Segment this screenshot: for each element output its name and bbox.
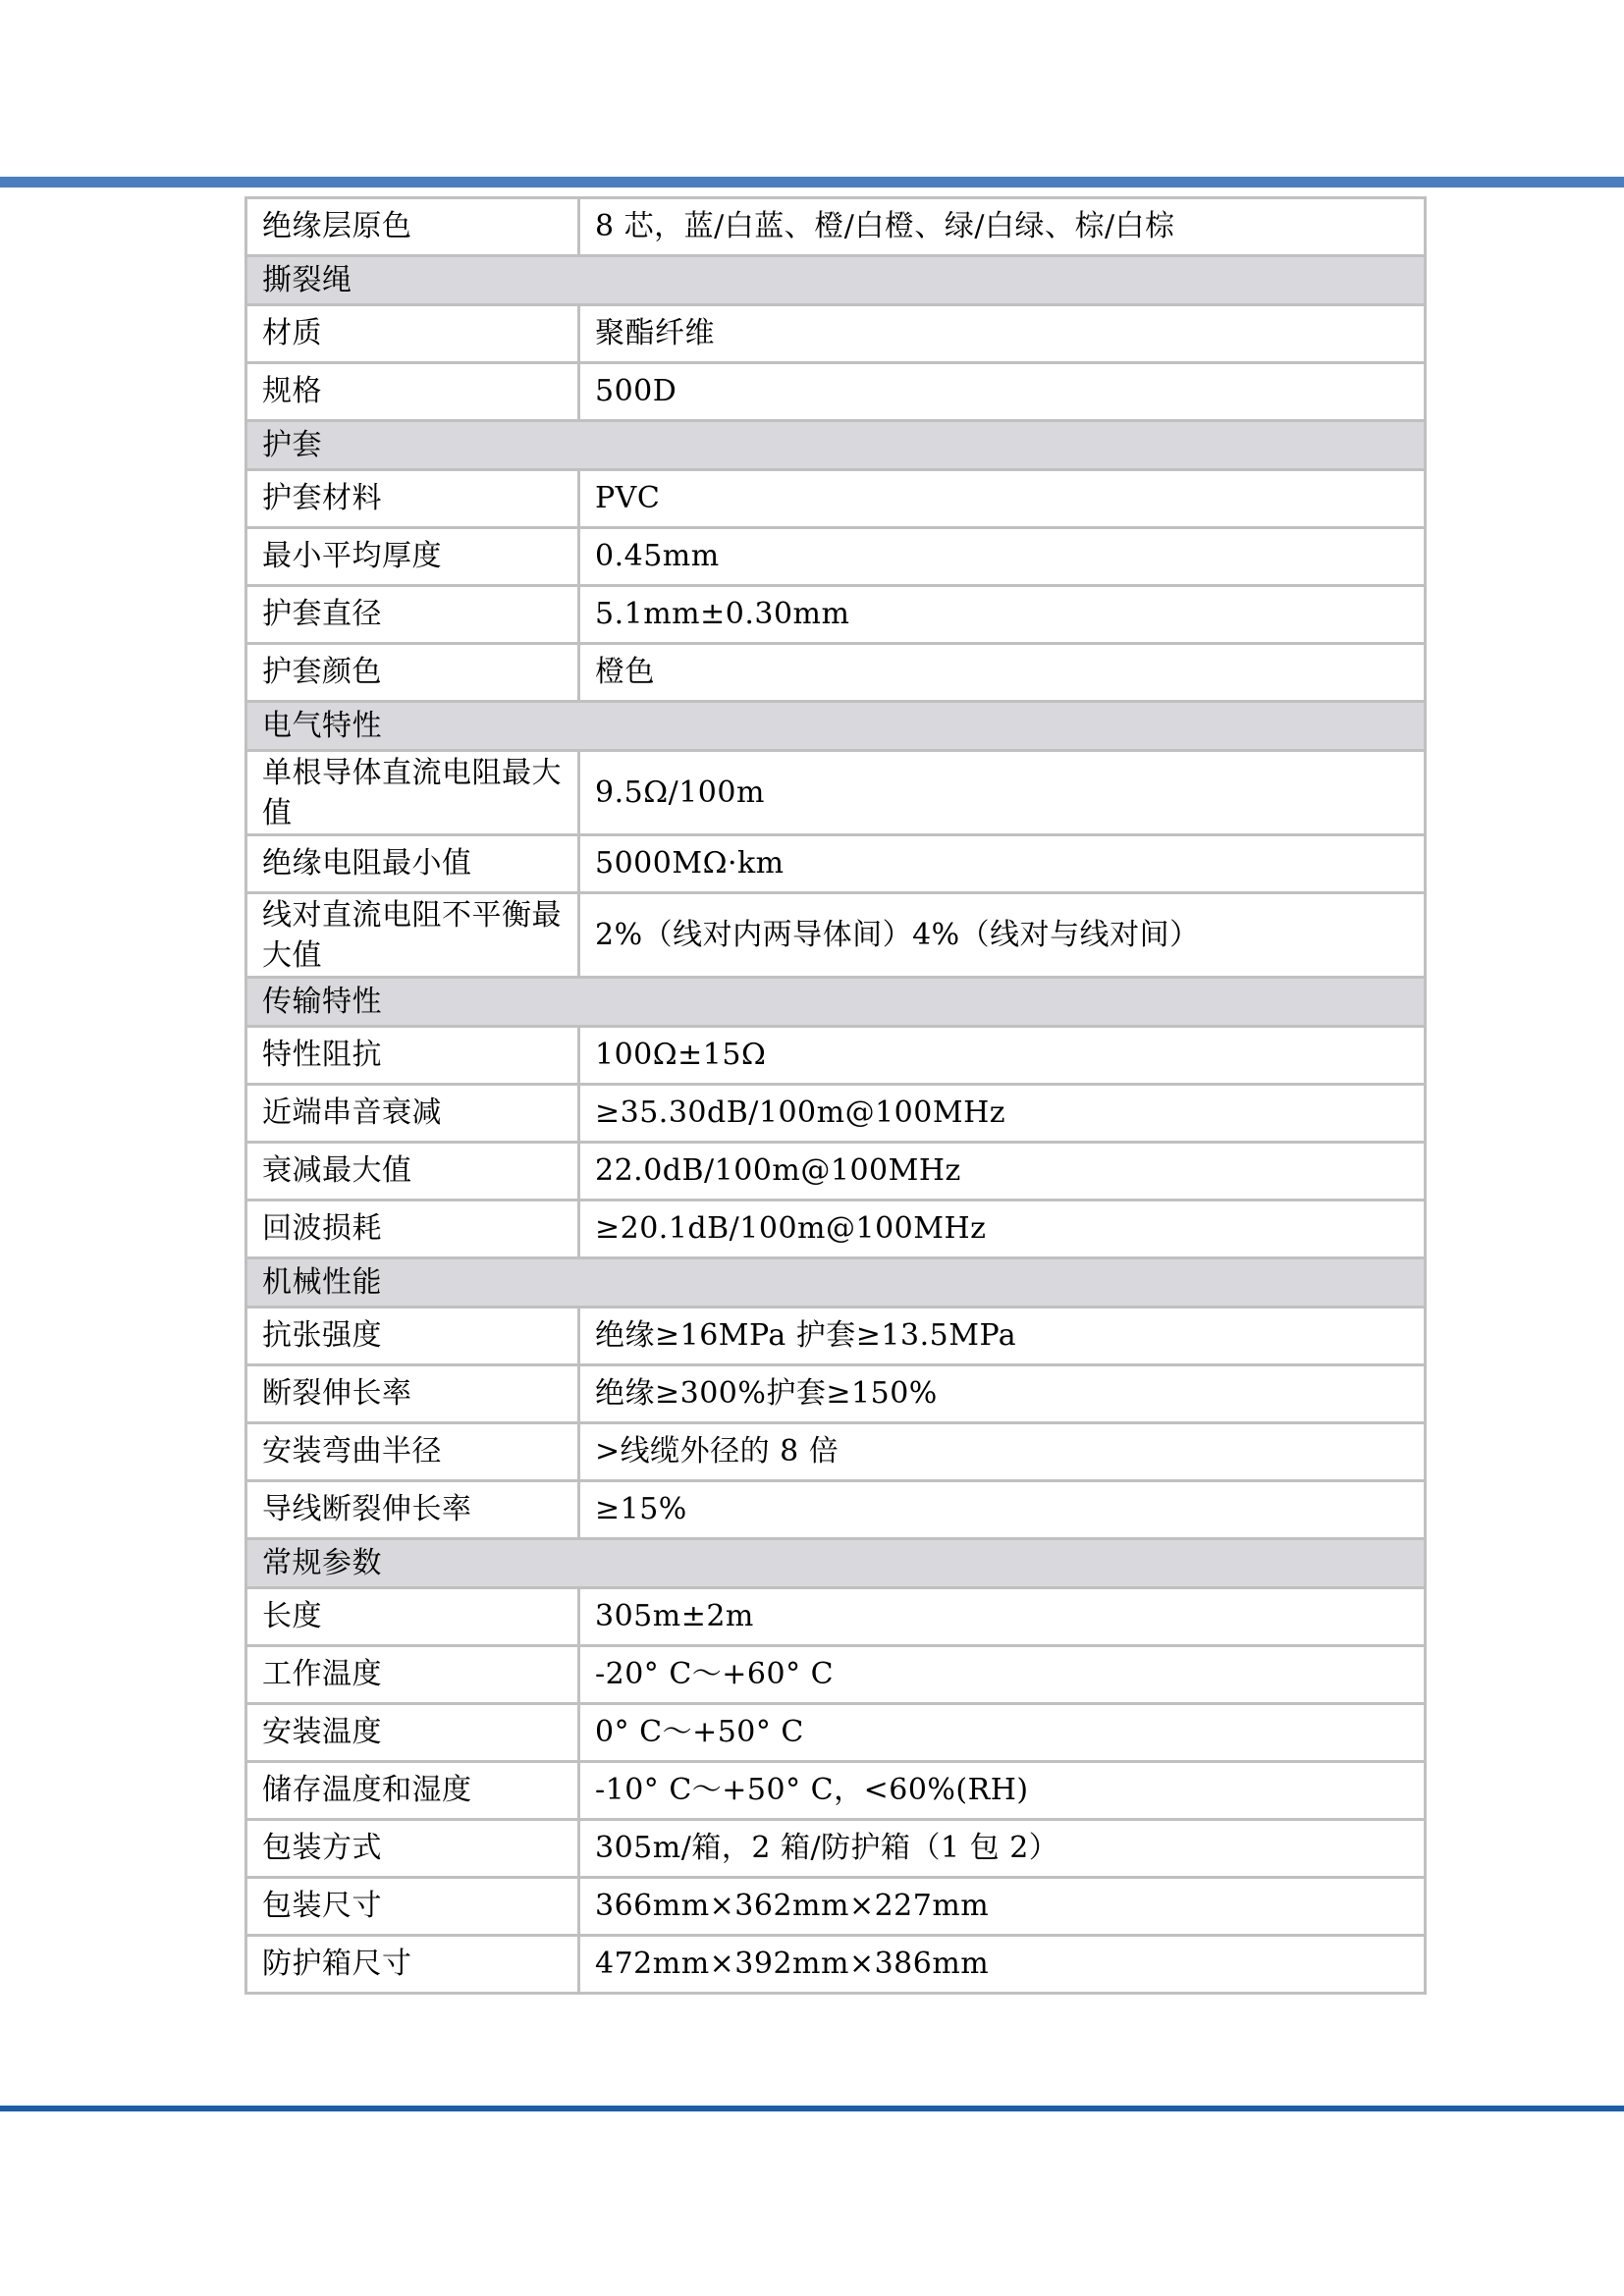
section-header-row: 常规参数 [246, 1539, 1426, 1588]
spec-label: 绝缘层原色 [246, 198, 579, 256]
spec-value: PVC [579, 470, 1426, 528]
spec-row: 长度305m±2m [246, 1588, 1426, 1646]
spec-label: 单根导体直流电阻最大值 [246, 751, 579, 835]
spec-value: 绝缘≥16MPa 护套≥13.5MPa [579, 1308, 1426, 1365]
spec-row: 回波损耗≥20.1dB/100m@100MHz [246, 1201, 1426, 1258]
spec-row: 安装温度0° C～+50° C [246, 1704, 1426, 1762]
spec-row: 导线断裂伸长率≥15% [246, 1481, 1426, 1539]
spec-row: 线对直流电阻不平衡最大值2%（线对内两导体间）4%（线对与线对间） [246, 893, 1426, 978]
spec-table-body: 绝缘层原色8 芯，蓝/白蓝、橙/白橙、绿/白绿、棕/白棕撕裂绳材质聚酯纤维规格5… [246, 198, 1426, 1994]
spec-label: 护套材料 [246, 470, 579, 528]
spec-label: 衰减最大值 [246, 1143, 579, 1201]
spec-label: 工作温度 [246, 1646, 579, 1704]
section-header-row: 撕裂绳 [246, 256, 1426, 305]
spec-value: 366mm×362mm×227mm [579, 1878, 1426, 1936]
spec-value: 9.5Ω/100m [579, 751, 1426, 835]
spec-value: 100Ω±15Ω [579, 1027, 1426, 1085]
spec-row: 衰减最大值22.0dB/100m@100MHz [246, 1143, 1426, 1201]
spec-label: 材质 [246, 305, 579, 363]
spec-value: ≥15% [579, 1481, 1426, 1539]
spec-value: >线缆外径的 8 倍 [579, 1423, 1426, 1481]
spec-value: 2%（线对内两导体间）4%（线对与线对间） [579, 893, 1426, 978]
spec-label: 规格 [246, 363, 579, 421]
spec-label: 长度 [246, 1588, 579, 1646]
section-title: 传输特性 [246, 978, 1426, 1027]
spec-value: 22.0dB/100m@100MHz [579, 1143, 1426, 1201]
spec-row: 防护箱尺寸472mm×392mm×386mm [246, 1936, 1426, 1994]
spec-row: 材质聚酯纤维 [246, 305, 1426, 363]
spec-label: 近端串音衰减 [246, 1085, 579, 1143]
spec-row: 特性阻抗100Ω±15Ω [246, 1027, 1426, 1085]
spec-value: 5000MΩ·km [579, 835, 1426, 893]
spec-label: 安装弯曲半径 [246, 1423, 579, 1481]
spec-label: 断裂伸长率 [246, 1365, 579, 1423]
spec-value: 0° C～+50° C [579, 1704, 1426, 1762]
section-header-row: 电气特性 [246, 702, 1426, 751]
spec-table: 绝缘层原色8 芯，蓝/白蓝、橙/白橙、绿/白绿、棕/白棕撕裂绳材质聚酯纤维规格5… [244, 196, 1427, 1995]
section-title: 机械性能 [246, 1258, 1426, 1308]
spec-value: 472mm×392mm×386mm [579, 1936, 1426, 1994]
spec-label: 回波损耗 [246, 1201, 579, 1258]
spec-label: 包装尺寸 [246, 1878, 579, 1936]
spec-label: 导线断裂伸长率 [246, 1481, 579, 1539]
spec-value: 8 芯，蓝/白蓝、橙/白橙、绿/白绿、棕/白棕 [579, 198, 1426, 256]
spec-label: 防护箱尺寸 [246, 1936, 579, 1994]
spec-value: 305m/箱，2 箱/防护箱（1 包 2） [579, 1820, 1426, 1878]
footer-rule [0, 2106, 1624, 2111]
spec-label: 护套颜色 [246, 644, 579, 702]
spec-label: 储存温度和湿度 [246, 1762, 579, 1820]
spec-row: 护套颜色橙色 [246, 644, 1426, 702]
section-title: 电气特性 [246, 702, 1426, 751]
spec-value: 305m±2m [579, 1588, 1426, 1646]
spec-value: 橙色 [579, 644, 1426, 702]
spec-value: ≥35.30dB/100m@100MHz [579, 1085, 1426, 1143]
spec-value: -20° C～+60° C [579, 1646, 1426, 1704]
spec-value: 聚酯纤维 [579, 305, 1426, 363]
spec-row: 储存温度和湿度-10° C～+50° C，<60%(RH) [246, 1762, 1426, 1820]
spec-label: 包装方式 [246, 1820, 579, 1878]
spec-value: -10° C～+50° C，<60%(RH) [579, 1762, 1426, 1820]
spec-label: 最小平均厚度 [246, 528, 579, 586]
spec-row: 包装方式305m/箱，2 箱/防护箱（1 包 2） [246, 1820, 1426, 1878]
spec-value: 0.45mm [579, 528, 1426, 586]
section-title: 撕裂绳 [246, 256, 1426, 305]
spec-row: 工作温度-20° C～+60° C [246, 1646, 1426, 1704]
spec-label: 线对直流电阻不平衡最大值 [246, 893, 579, 978]
spec-label: 护套直径 [246, 586, 579, 644]
spec-row: 包装尺寸366mm×362mm×227mm [246, 1878, 1426, 1936]
spec-label: 安装温度 [246, 1704, 579, 1762]
spec-row: 绝缘层原色8 芯，蓝/白蓝、橙/白橙、绿/白绿、棕/白棕 [246, 198, 1426, 256]
spec-row: 绝缘电阻最小值5000MΩ·km [246, 835, 1426, 893]
section-title: 常规参数 [246, 1539, 1426, 1588]
spec-value: 5.1mm±0.30mm [579, 586, 1426, 644]
spec-row: 规格500D [246, 363, 1426, 421]
spec-row: 护套直径5.1mm±0.30mm [246, 586, 1426, 644]
spec-row: 断裂伸长率绝缘≥300%护套≥150% [246, 1365, 1426, 1423]
spec-row: 单根导体直流电阻最大值9.5Ω/100m [246, 751, 1426, 835]
spec-row: 安装弯曲半径>线缆外径的 8 倍 [246, 1423, 1426, 1481]
section-header-row: 护套 [246, 421, 1426, 470]
spec-label: 特性阻抗 [246, 1027, 579, 1085]
section-header-row: 机械性能 [246, 1258, 1426, 1308]
spec-row: 抗张强度绝缘≥16MPa 护套≥13.5MPa [246, 1308, 1426, 1365]
header-rule [0, 177, 1624, 187]
spec-value: ≥20.1dB/100m@100MHz [579, 1201, 1426, 1258]
spec-value: 绝缘≥300%护套≥150% [579, 1365, 1426, 1423]
section-header-row: 传输特性 [246, 978, 1426, 1027]
spec-label: 绝缘电阻最小值 [246, 835, 579, 893]
spec-row: 护套材料PVC [246, 470, 1426, 528]
spec-row: 最小平均厚度0.45mm [246, 528, 1426, 586]
spec-value: 500D [579, 363, 1426, 421]
spec-label: 抗张强度 [246, 1308, 579, 1365]
section-title: 护套 [246, 421, 1426, 470]
spec-row: 近端串音衰减≥35.30dB/100m@100MHz [246, 1085, 1426, 1143]
